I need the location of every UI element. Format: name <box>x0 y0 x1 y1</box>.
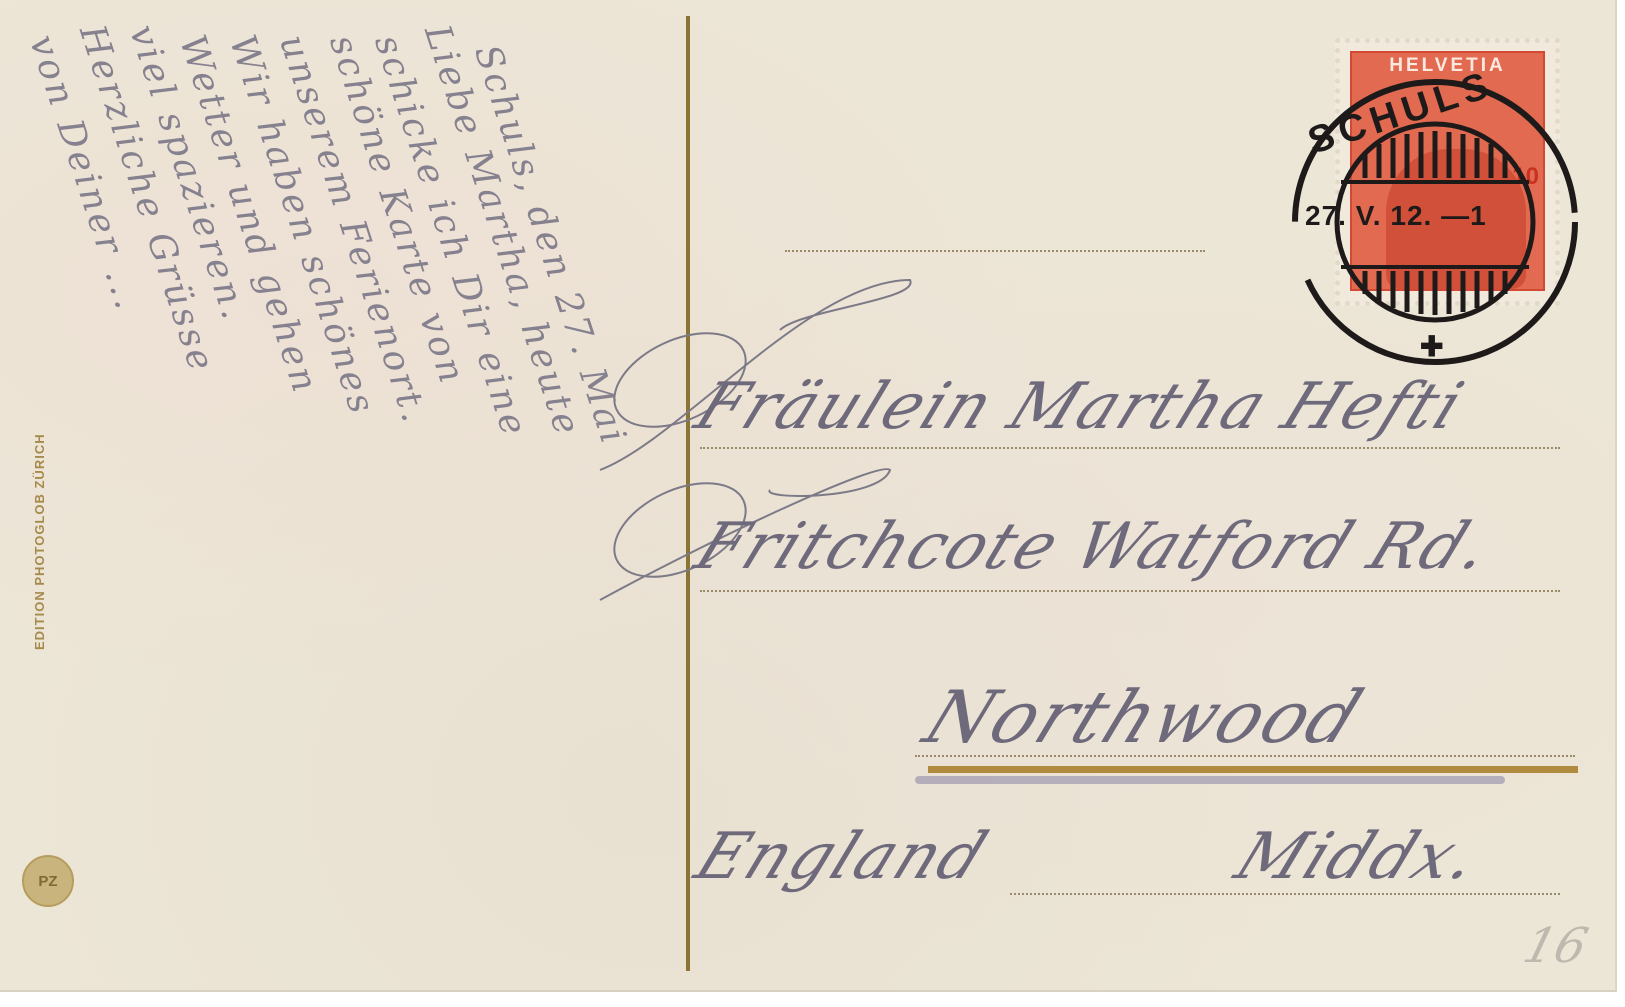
pencil-underline <box>915 776 1505 784</box>
gold-underline <box>928 766 1578 773</box>
address-county: Middx. <box>1225 820 1491 894</box>
address-line-guide <box>785 250 1205 252</box>
publisher-logo-text: PZ <box>38 873 57 890</box>
pencil-note: 16 <box>1517 918 1593 974</box>
address-line-guide <box>700 447 1560 449</box>
publisher-imprint: EDITION PHOTOGLOB ZÜRICH <box>32 433 47 650</box>
address-street: Fritchcote Watford Rd. <box>685 510 1503 584</box>
address-country: England <box>685 820 999 894</box>
postcard: EDITION PHOTOGLOB ZÜRICH PZ Schuls, den … <box>0 0 1617 992</box>
postmark: SCHULS 27. V. 12. —1 ✚ <box>1275 72 1615 392</box>
postmark-date: 27. V. 12. —1 <box>1305 200 1487 232</box>
address-line-guide <box>700 590 1560 592</box>
publisher-logo-icon: PZ <box>22 855 74 907</box>
address-town: Northwood <box>913 675 1375 759</box>
swiss-cross-icon: ✚ <box>1420 330 1444 363</box>
